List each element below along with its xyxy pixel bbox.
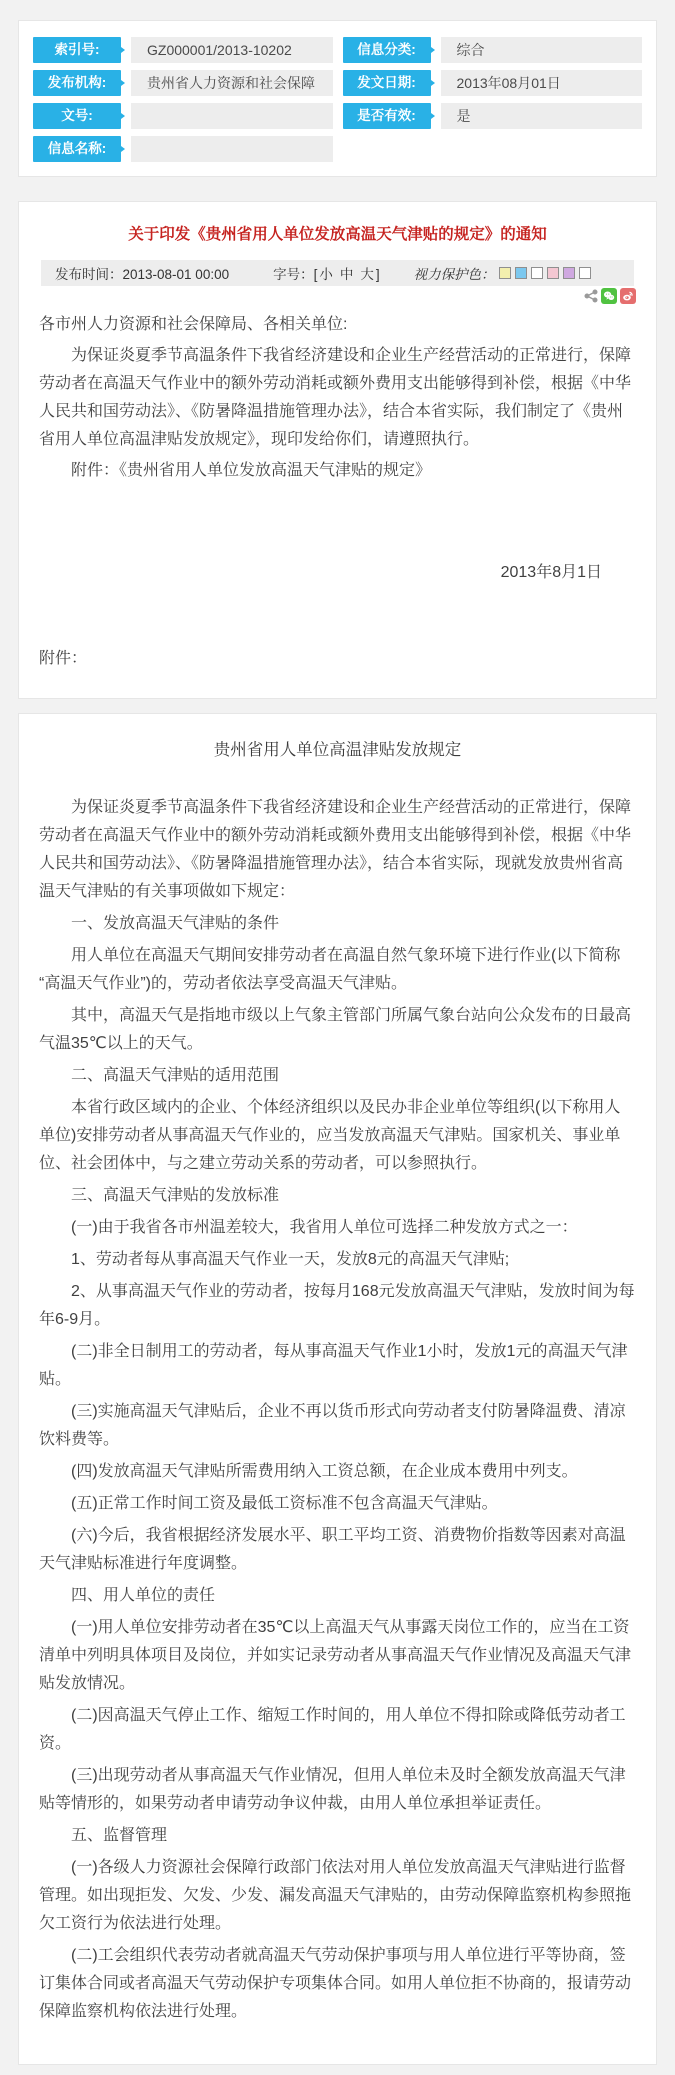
validity-label: 是否有效: (343, 103, 431, 129)
attachment-paragraph: (一)各级人力资源社会保障行政部门依法对用人单位发放高温天气津贴进行监督管理。如… (39, 1854, 636, 1938)
signature-date: 2013年8月1日 (39, 559, 636, 587)
meta-row: 文号: 是否有效: 是 (33, 103, 642, 129)
attachment-paragraph: 本省行政区域内的企业、个体经济组织以及民办非企业单位等组织(以下称用人单位)安排… (39, 1094, 636, 1178)
attachment-paragraph: (一)由于我省各市州温差较大，我省用人单位可选择二种发放方式之一： (39, 1214, 636, 1242)
issuing-agency-label: 发布机构: (33, 70, 121, 96)
eye-protect-swatch[interactable] (547, 267, 559, 279)
meta-pair-info-name: 信息名称: (33, 136, 333, 162)
font-size-control: 字号：[小中大] (273, 263, 380, 283)
attachment-paragraph: 1、劳动者每从事高温天气作业一天，发放8元的高温天气津贴; (39, 1246, 636, 1274)
font-size-option[interactable]: 大 (360, 263, 374, 283)
issuing-agency-value: 贵州省人力资源和社会保障 (131, 70, 333, 96)
eye-protect-control: 视力保护色： (414, 263, 495, 283)
info-category-value: 综合 (441, 37, 643, 63)
weibo-icon[interactable] (620, 288, 636, 304)
meta-pair-doc-number: 文号: (33, 103, 333, 129)
attachment-paragraph: (一)用人单位安排劳动者在35℃以上高温天气从事露天岗位工作的，应当在工资清单中… (39, 1614, 636, 1698)
font-size-option[interactable]: 中 (340, 263, 354, 283)
meta-row: 索引号: GZ000001/2013-10202 信息分类: 综合 (33, 37, 642, 63)
eye-protect-swatch[interactable] (579, 267, 591, 279)
attachment-paragraph: (二)非全日制用工的劳动者，每从事高温天气作业1小时，发放1元的高温天气津贴。 (39, 1338, 636, 1394)
attachment-body: 为保证炎夏季节高温条件下我省经济建设和企业生产经营活动的正常进行，保障劳动者在高… (39, 794, 636, 2026)
meta-row: 发布机构: 贵州省人力资源和社会保障 发文日期: 2013年08月01日 (33, 70, 642, 96)
document-info-bar: 发布时间：2013-08-01 00:00 字号：[小中大] 视力保护色： (41, 260, 634, 286)
attachment-heading: 附件： (39, 645, 636, 673)
attachment-paragraph: 2、从事高温天气作业的劳动者，按每月168元发放高温天气津贴，发放时间为每年6-… (39, 1278, 636, 1334)
attachment-document: 贵州省用人单位高温津贴发放规定 为保证炎夏季节高温条件下我省经济建设和企业生产经… (18, 713, 657, 2065)
meta-pair-info-category: 信息分类: 综合 (343, 37, 643, 63)
publish-time: 发布时间：2013-08-01 00:00 (55, 263, 229, 283)
share-icon[interactable] (584, 289, 598, 303)
validity-value: 是 (441, 103, 643, 129)
attachment-paragraph: 一、发放高温天气津贴的条件 (39, 910, 636, 938)
eye-protect-label: 视力保护色： (414, 267, 495, 282)
attachment-paragraph: 为保证炎夏季节高温条件下我省经济建设和企业生产经营活动的正常进行，保障劳动者在高… (39, 794, 636, 906)
index-number-value: GZ000001/2013-10202 (131, 37, 333, 63)
publish-time-value: 2013-08-01 00:00 (123, 267, 230, 282)
issue-date-value: 2013年08月01日 (441, 70, 643, 96)
notice-paragraph: 附件：《贵州省用人单位发放高温天气津贴的规定》 (39, 457, 636, 485)
attachment-paragraph: (三)出现劳动者从事高温天气作业情况，但用人单位未及时全额发放高温天气津贴等情形… (39, 1762, 636, 1818)
bracket-close: ] (376, 267, 380, 282)
attachment-paragraph: 用人单位在高温天气期间安排劳动者在高温自然气象环境下进行作业(以下简称“高温天气… (39, 942, 636, 998)
eye-protect-swatch[interactable] (531, 267, 543, 279)
doc-number-label: 文号: (33, 103, 121, 129)
notice-document: 关于印发《贵州省用人单位发放高温天气津贴的规定》的通知 发布时间：2013-08… (18, 201, 657, 699)
notice-paragraph: 为保证炎夏季节高温条件下我省经济建设和企业生产经营活动的正常进行，保障劳动者在高… (39, 342, 636, 454)
eye-protect-swatch[interactable] (515, 267, 527, 279)
info-name-value (131, 136, 333, 162)
metadata-panel: 索引号: GZ000001/2013-10202 信息分类: 综合 发布机构: … (18, 20, 657, 177)
font-size-options: 小中大 (319, 263, 374, 283)
index-number-label: 索引号: (33, 37, 121, 63)
eye-protect-swatch[interactable] (563, 267, 575, 279)
eye-protect-swatch[interactable] (499, 267, 511, 279)
eye-protect-swatches (499, 267, 591, 279)
wechat-icon[interactable] (601, 288, 617, 304)
doc-number-value (131, 103, 333, 129)
meta-pair-validity: 是否有效: 是 (343, 103, 643, 129)
attachment-paragraph: (二)工会组织代表劳动者就高温天气劳动保护事项与用人单位进行平等协商，签订集体合… (39, 1942, 636, 2026)
notice-body: 各市州人力资源和社会保障局、各相关单位: 为保证炎夏季节高温条件下我省经济建设和… (39, 311, 636, 673)
attachment-title: 贵州省用人单位高温津贴发放规定 (39, 738, 636, 762)
notice-paragraphs: 为保证炎夏季节高温条件下我省经济建设和企业生产经营活动的正常进行，保障劳动者在高… (39, 342, 636, 485)
document-title: 关于印发《贵州省用人单位发放高温天气津贴的规定》的通知 (39, 224, 636, 246)
attachment-paragraph: (三)实施高温天气津贴后，企业不再以货币形式向劳动者支付防暑降温费、清凉饮料费等… (39, 1398, 636, 1454)
share-bar (39, 287, 636, 305)
font-size-option[interactable]: 小 (319, 263, 333, 283)
attachment-paragraph: 五、监督管理 (39, 1822, 636, 1850)
meta-pair-issuing-agency: 发布机构: 贵州省人力资源和社会保障 (33, 70, 333, 96)
salutation: 各市州人力资源和社会保障局、各相关单位: (39, 311, 636, 339)
issue-date-label: 发文日期: (343, 70, 431, 96)
meta-pair-issue-date: 发文日期: 2013年08月01日 (343, 70, 643, 96)
font-size-label: 字号： (273, 267, 314, 282)
attachment-paragraph: (四)发放高温天气津贴所需费用纳入工资总额，在企业成本费用中列支。 (39, 1458, 636, 1486)
info-category-label: 信息分类: (343, 37, 431, 63)
attachment-paragraph: 三、高温天气津贴的发放标准 (39, 1182, 636, 1210)
attachment-paragraph: 四、用人单位的责任 (39, 1582, 636, 1610)
bracket-open: [ (314, 267, 318, 282)
attachment-paragraph: (二)因高温天气停止工作、缩短工作时间的，用人单位不得扣除或降低劳动者工资。 (39, 1702, 636, 1758)
attachment-paragraph: (五)正常工作时间工资及最低工资标准不包含高温天气津贴。 (39, 1490, 636, 1518)
publish-time-label: 发布时间： (55, 267, 123, 282)
attachment-paragraph: 其中，高温天气是指地市级以上气象主管部门所属气象台站向公众发布的日最高气温35℃… (39, 1002, 636, 1058)
meta-row: 信息名称: (33, 136, 642, 162)
meta-pair-index-number: 索引号: GZ000001/2013-10202 (33, 37, 333, 63)
attachment-paragraph: 二、高温天气津贴的适用范围 (39, 1062, 636, 1090)
info-name-label: 信息名称: (33, 136, 121, 162)
attachment-paragraph: (六)今后，我省根据经济发展水平、职工平均工资、消费物价指数等因素对高温天气津贴… (39, 1522, 636, 1578)
